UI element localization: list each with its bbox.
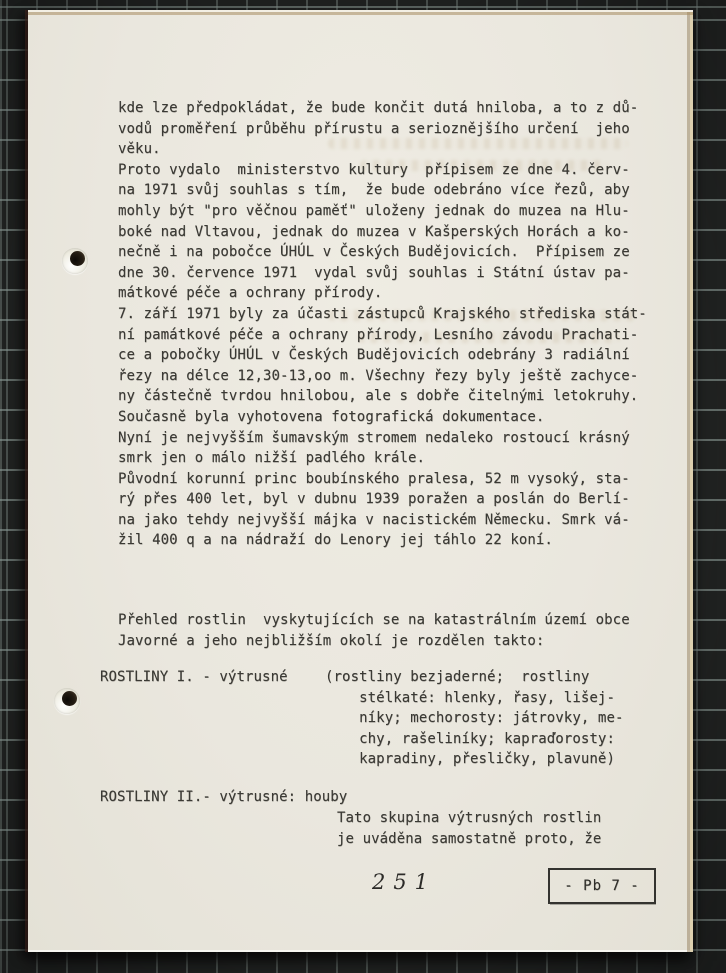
plant-overview-intro: Přehled rostlin vyskytujících se na kata… [118,610,630,651]
punch-hole-bottom [54,688,80,714]
rostliny-ii-note: Tato skupina výtrusných rostlin je uvádě… [337,808,601,849]
document-page: kde lze předpokládat, že bude končit dut… [28,10,693,952]
punch-hole-opening [70,251,85,266]
body-paragraphs: kde lze předpokládat, že bude končit dut… [118,98,647,551]
desk-background: kde lze předpokládat, že bude končit dut… [0,0,726,973]
rostliny-ii-heading: ROSTLINY II.- výtrusné: houby [100,787,347,808]
pagination-stamp-label: - Pb 7 - [564,878,639,894]
rostliny-i-details: (rostliny bezjaderné; rostliny stélkaté:… [325,667,624,770]
rostliny-i-heading: ROSTLINY I. - výtrusné [100,667,288,688]
punch-hole-top [62,248,88,274]
punch-hole-opening [62,691,77,706]
handwritten-page-number: 251 [356,870,452,894]
pagination-stamp-box: - Pb 7 - [548,868,656,904]
